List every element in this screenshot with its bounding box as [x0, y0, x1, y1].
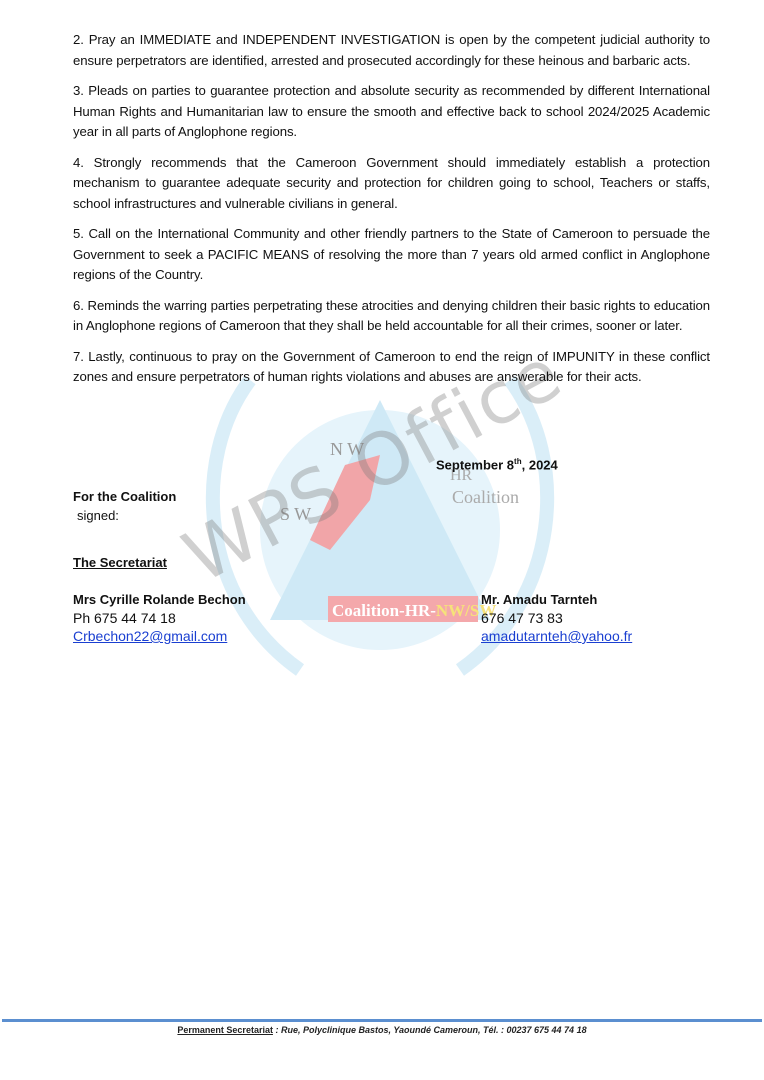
document-body: 2. Pray an IMMEDIATE and INDEPENDENT INV…	[73, 30, 710, 398]
paragraph-2: 2. Pray an IMMEDIATE and INDEPENDENT INV…	[73, 30, 710, 71]
signatory-right: Mr. Amadu Tarnteh 676 47 73 83 amadutarn…	[481, 591, 632, 645]
paragraph-3: 3. Pleads on parties to guarantee protec…	[73, 81, 710, 143]
coalition-emblem-watermark: N W S W HR Coalition Coalition-HR-NW/SW	[180, 360, 580, 700]
footer-text: : Rue, Polyclinique Bastos, Yaoundé Came…	[273, 1025, 587, 1035]
signatory-email-link[interactable]: amadutarnteh@yahoo.fr	[481, 627, 632, 645]
svg-text:Coalition-HR-NW/SW: Coalition-HR-NW/SW	[332, 601, 496, 620]
footer-address: Permanent Secretariat : Rue, Polycliniqu…	[0, 1025, 764, 1035]
paragraph-6: 6. Reminds the warring parties perpetrat…	[73, 296, 710, 337]
signed-label: signed:	[77, 508, 119, 523]
document-date: September 8th, 2024	[436, 457, 558, 472]
signatory-email-link[interactable]: Crbechon22@gmail.com	[73, 627, 246, 645]
paragraph-4: 4. Strongly recommends that the Cameroon…	[73, 153, 710, 215]
signatory-name: Mrs Cyrille Rolande Bechon	[73, 591, 246, 609]
signatory-left: Mrs Cyrille Rolande Bechon Ph 675 44 74 …	[73, 591, 246, 645]
svg-text:Coalition: Coalition	[452, 487, 519, 507]
signatory-phone: 676 47 73 83	[481, 609, 632, 627]
signatory-name: Mr. Amadu Tarnteh	[481, 591, 632, 609]
svg-text:N W: N W	[330, 439, 364, 459]
paragraph-7: 7. Lastly, continuous to pray on the Gov…	[73, 347, 710, 388]
paragraph-5: 5. Call on the International Community a…	[73, 224, 710, 286]
footer-label: Permanent Secretariat	[177, 1025, 273, 1035]
footer-divider	[2, 1019, 762, 1022]
signatory-phone: Ph 675 44 74 18	[73, 609, 246, 627]
map-icon	[310, 455, 380, 550]
for-the-coalition-label: For the Coalition	[73, 489, 176, 504]
svg-text:S W: S W	[280, 504, 311, 524]
secretariat-heading: The Secretariat	[73, 555, 167, 570]
